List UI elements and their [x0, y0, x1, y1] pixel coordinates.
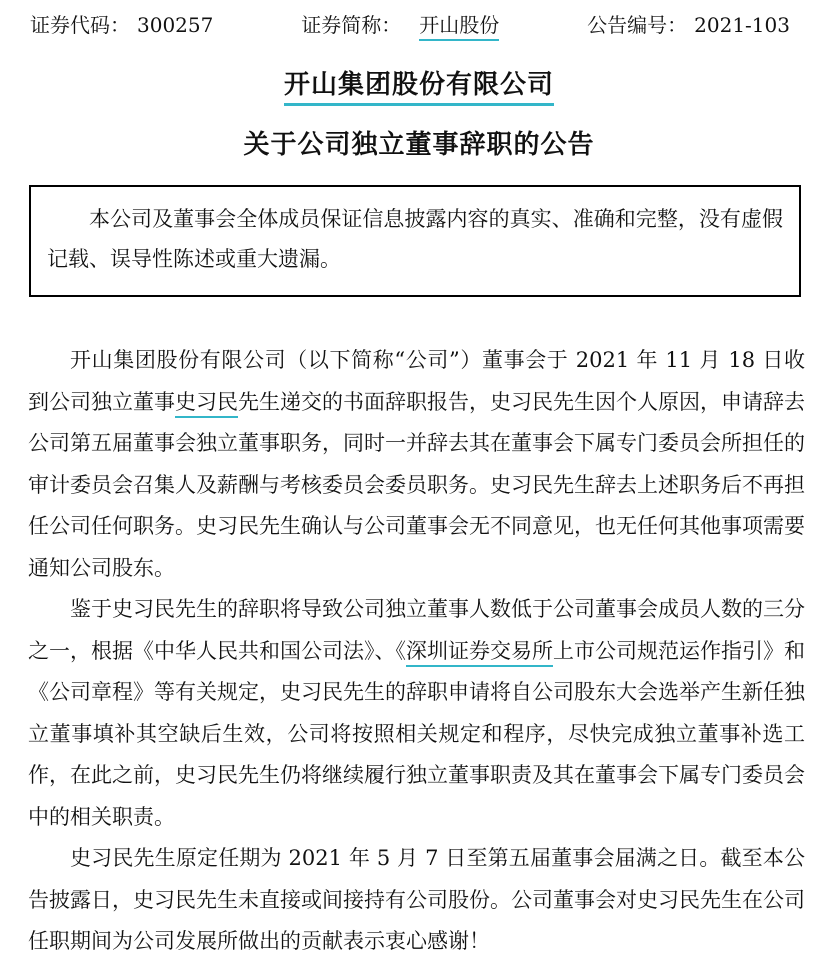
paragraph-legal-basis: 鉴于史习民先生的辞职将导致公司独立董事人数低于公司董事会成员人数的三分之一，根据…	[28, 589, 805, 838]
body-text: 上市公司规范运作指引》和《公司章程》等有关规定，史习民先生的辞职申请将自公司股东…	[28, 639, 805, 829]
stock-name: 证券简称：开山股份	[301, 13, 499, 38]
document-header: 证券代码：300257 证券简称：开山股份 公告编号：2021-103	[0, 13, 838, 38]
company-name-link[interactable]: 开山集团股份有限公司	[284, 70, 554, 106]
entity-link[interactable]: 深圳证券交易所	[406, 639, 553, 667]
body-text: 史习民先生原定任期为 2021 年 5 月 7 日至第五届董事会届满之日。截至本…	[28, 846, 805, 953]
body-text: 先生递交的书面辞职报告，史习民先生因个人原因，申请辞去公司第五届董事会独立董事职…	[28, 390, 805, 580]
disclaimer-box: 本公司及董事会全体成员保证信息披露内容的真实、准确和完整，没有虚假记载、误导性陈…	[29, 185, 801, 297]
announcement-number-label: 公告编号：	[587, 13, 687, 37]
stock-code-label: 证券代码：	[30, 13, 130, 37]
entity-link[interactable]: 史习民	[175, 390, 238, 418]
stock-code: 证券代码：300257	[30, 13, 213, 38]
company-name-title: 开山集团股份有限公司	[0, 64, 838, 101]
announcement-document: 证券代码：300257 证券简称：开山股份 公告编号：2021-103 开山集团…	[0, 0, 838, 959]
stock-code-value: 300257	[137, 13, 213, 37]
stock-name-link[interactable]: 开山股份	[419, 13, 499, 41]
disclaimer-text: 本公司及董事会全体成员保证信息披露内容的真实、准确和完整，没有虚假记载、误导性陈…	[47, 199, 783, 279]
paragraph-tenure-and-thanks: 史习民先生原定任期为 2021 年 5 月 7 日至第五届董事会届满之日。截至本…	[28, 838, 805, 959]
stock-name-label: 证券简称：	[301, 13, 401, 37]
document-body: 开山集团股份有限公司（以下简称“公司”）董事会于 2021 年 11 月 18 …	[28, 340, 805, 959]
announcement-number: 公告编号：2021-103	[587, 13, 790, 38]
paragraph-resignation-notice: 开山集团股份有限公司（以下简称“公司”）董事会于 2021 年 11 月 18 …	[28, 340, 805, 589]
announcement-number-value: 2021-103	[694, 13, 790, 37]
announcement-title: 关于公司独立董事辞职的公告	[0, 124, 838, 161]
